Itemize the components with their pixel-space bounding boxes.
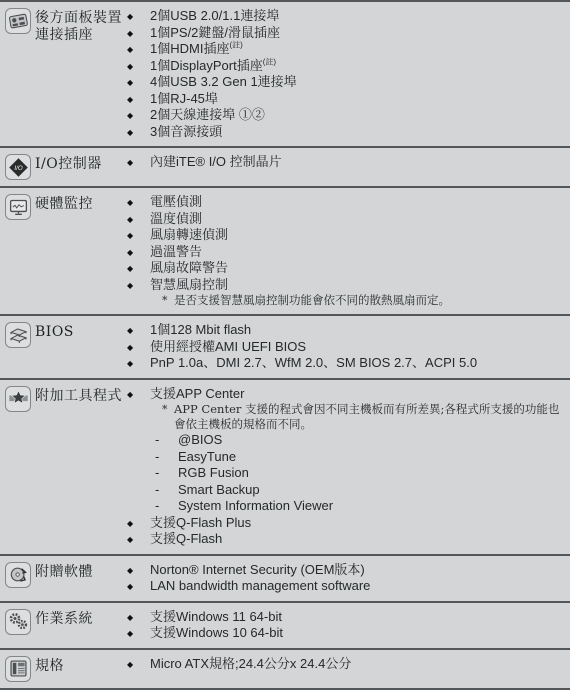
spec-item: ◆風扇轉速偵測	[122, 227, 570, 244]
footnote-superscript: (註)	[229, 41, 242, 50]
bundled-software-icon	[5, 562, 31, 588]
bullet-diamond-icon: ◆	[127, 516, 150, 533]
spec-item-text: 2個天線連接埠 ①②	[150, 107, 570, 124]
section-label: 後方面板裝置連接插座	[35, 6, 122, 44]
bullet-diamond-icon: ◆	[127, 59, 150, 76]
spec-item-text: 電壓偵測	[150, 194, 570, 211]
section-label: I/O控制器	[35, 152, 102, 173]
spec-item: ◆使用經授權AMI UEFI BIOS	[122, 339, 570, 356]
spec-subitem: -RGB Fusion	[155, 465, 570, 482]
section-header-cell: I/OI/O控制器	[0, 152, 122, 180]
spec-item-text: 4個USB 3.2 Gen 1連接埠	[150, 74, 570, 91]
rear-panel-ports-icon	[5, 8, 31, 34]
bullet-diamond-icon: ◆	[127, 532, 150, 549]
bullet-diamond-icon: ◆	[127, 278, 150, 295]
spec-item: ◆智慧風扇控制	[122, 277, 570, 294]
os-gears-icon	[5, 609, 31, 635]
section-header-cell: 後方面板裝置連接插座	[0, 6, 122, 140]
spec-item-text: LAN bandwidth management software	[150, 578, 570, 595]
spec-item-text: 1個PS/2鍵盤/滑鼠插座	[150, 25, 570, 42]
section-items: ◆電壓偵測◆溫度偵測◆風扇轉速偵測◆過溫警告◆風扇故障警告◆智慧風扇控制*是否支…	[122, 192, 570, 308]
spec-item-text: Norton® Internet Security (OEM版本)	[150, 562, 570, 579]
section-items: ◆支援APP Center*APP Center 支援的程式會因不同主機板而有所…	[122, 384, 570, 548]
spec-item: ◆Norton® Internet Security (OEM版本)	[122, 562, 570, 579]
spec-item-text: Micro ATX規格;24.4公分x 24.4公分	[150, 656, 570, 673]
spec-item-text: 2個USB 2.0/1.1連接埠	[150, 8, 570, 25]
spec-item-text: 1個RJ-45埠	[150, 91, 570, 108]
spec-item: ◆支援APP Center	[122, 386, 570, 403]
section-header-cell: 規格	[0, 654, 122, 682]
spec-subitem-text: System Information Viewer	[178, 498, 570, 515]
spec-item: ◆1個PS/2鍵盤/滑鼠插座	[122, 25, 570, 42]
dash-marker: -	[155, 449, 178, 466]
spec-item-text-main: 4個USB 3.2 Gen 1連接埠	[150, 74, 297, 89]
spec-item-text-main: 1個HDMI插座	[150, 41, 229, 56]
bullet-diamond-icon: ◆	[127, 26, 150, 43]
spec-row: 硬體監控◆電壓偵測◆溫度偵測◆風扇轉速偵測◆過溫警告◆風扇故障警告◆智慧風扇控制…	[0, 186, 570, 314]
section-label: 附贈軟體	[35, 560, 93, 581]
spec-item-text-main: 2個USB 2.0/1.1連接埠	[150, 8, 279, 23]
spec-item: ◆2個天線連接埠 ①②	[122, 107, 570, 124]
spec-item: ◆2個USB 2.0/1.1連接埠	[122, 8, 570, 25]
spec-item-text-main: 2個天線連接埠 ①②	[150, 107, 265, 122]
spec-item: ◆支援Windows 11 64-bit	[122, 609, 570, 626]
spec-row: 附贈軟體◆Norton® Internet Security (OEM版本)◆L…	[0, 554, 570, 601]
spec-item-text: 1個DisplayPort插座(註)	[150, 58, 570, 75]
section-label: 規格	[35, 654, 64, 675]
spec-row: I/OI/O控制器◆內建iTE® I/O 控制晶片	[0, 146, 570, 186]
bullet-diamond-icon: ◆	[127, 261, 150, 278]
spec-item: ◆過溫警告	[122, 244, 570, 261]
spec-subitem: -System Information Viewer	[155, 498, 570, 515]
spec-item: ◆1個HDMI插座(註)	[122, 41, 570, 58]
spec-row: 附加工具程式◆支援APP Center*APP Center 支援的程式會因不同…	[0, 378, 570, 554]
spec-note-text: APP Center 支援的程式會因不同主機板而有所差異;各程式所支援的功能也會…	[174, 402, 570, 432]
spec-item-text: 支援Q-Flash	[150, 531, 570, 548]
spec-item-text-main: 支援Q-Flash Plus	[150, 515, 251, 530]
section-items: ◆內建iTE® I/O 控制晶片	[122, 152, 570, 180]
spec-subitem: -Smart Backup	[155, 482, 570, 499]
spec-item-text: 溫度偵測	[150, 211, 570, 228]
bullet-diamond-icon: ◆	[127, 657, 150, 674]
spec-item-text: 支援Q-Flash Plus	[150, 515, 570, 532]
spec-subitem: -EasyTune	[155, 449, 570, 466]
bullet-diamond-icon: ◆	[127, 323, 150, 340]
asterisk-marker: *	[162, 402, 174, 432]
bullet-diamond-icon: ◆	[127, 340, 150, 357]
bullet-diamond-icon: ◆	[127, 155, 150, 172]
spec-item-text-main: 智慧風扇控制	[150, 277, 228, 292]
spec-item-text-main: 內建iTE® I/O 控制晶片	[150, 154, 282, 169]
spec-item-text: 支援Windows 11 64-bit	[150, 609, 570, 626]
spec-item-text-main: 風扇故障警告	[150, 260, 228, 275]
bios-chips-icon	[5, 322, 31, 348]
spec-item: ◆風扇故障警告	[122, 260, 570, 277]
asterisk-marker: *	[162, 293, 174, 308]
spec-item-text-main: 支援Windows 10 64-bit	[150, 625, 283, 640]
spec-subitem-text: Smart Backup	[178, 482, 570, 499]
spec-item-text: 支援Windows 10 64-bit	[150, 625, 570, 642]
spec-item-text-main: LAN bandwidth management software	[150, 578, 370, 593]
bullet-diamond-icon: ◆	[127, 356, 150, 373]
spec-item-text-main: 溫度偵測	[150, 211, 202, 226]
spec-item-text: 1個HDMI插座(註)	[150, 41, 570, 58]
utilities-star-icon	[5, 386, 31, 412]
bullet-diamond-icon: ◆	[127, 75, 150, 92]
spec-item: ◆支援Q-Flash	[122, 531, 570, 548]
svg-text:I/O: I/O	[14, 164, 22, 171]
bullet-diamond-icon: ◆	[127, 92, 150, 109]
section-label: BIOS	[35, 320, 74, 341]
spec-subitem-text: @BIOS	[178, 432, 570, 449]
bullet-diamond-icon: ◆	[127, 195, 150, 212]
spec-item-text-main: 1個PS/2鍵盤/滑鼠插座	[150, 25, 280, 40]
spec-item: ◆1個DisplayPort插座(註)	[122, 58, 570, 75]
spec-item-text: 風扇轉速偵測	[150, 227, 570, 244]
spec-subitem-text: RGB Fusion	[178, 465, 570, 482]
bullet-diamond-icon: ◆	[127, 626, 150, 643]
spec-note: *APP Center 支援的程式會因不同主機板而有所差異;各程式所支援的功能也…	[162, 402, 570, 432]
spec-item-text-main: Micro ATX規格;24.4公分x 24.4公分	[150, 656, 351, 671]
section-label: 附加工具程式	[35, 384, 122, 405]
spec-item-text-main: 過溫警告	[150, 244, 202, 259]
spec-subitem: -@BIOS	[155, 432, 570, 449]
spec-row: BIOS◆1個128 Mbit flash◆使用經授權AMI UEFI BIOS…	[0, 314, 570, 378]
bullet-diamond-icon: ◆	[127, 108, 150, 125]
spec-item: ◆支援Q-Flash Plus	[122, 515, 570, 532]
spec-item: ◆3個音源接頭	[122, 124, 570, 141]
dash-marker: -	[155, 432, 178, 449]
spec-item-text-main: 電壓偵測	[150, 194, 202, 209]
io-controller-icon: I/O	[5, 154, 31, 180]
dash-marker: -	[155, 482, 178, 499]
section-label: 硬體監控	[35, 192, 93, 213]
section-items: ◆2個USB 2.0/1.1連接埠◆1個PS/2鍵盤/滑鼠插座◆1個HDMI插座…	[122, 6, 570, 140]
footnote-superscript: (註)	[263, 57, 276, 66]
spec-item-text-main: 支援APP Center	[150, 386, 244, 401]
section-header-cell: BIOS	[0, 320, 122, 372]
bullet-diamond-icon: ◆	[127, 9, 150, 26]
spec-item-text-main: 1個RJ-45埠	[150, 91, 218, 106]
dash-marker: -	[155, 498, 178, 515]
spec-item-text-main: Norton® Internet Security (OEM版本)	[150, 562, 365, 577]
spec-item: ◆1個RJ-45埠	[122, 91, 570, 108]
section-header-cell: 作業系統	[0, 607, 122, 642]
spec-item: ◆1個128 Mbit flash	[122, 322, 570, 339]
spec-item-text: 過溫警告	[150, 244, 570, 261]
bullet-diamond-icon: ◆	[127, 387, 150, 404]
spec-item-text-main: 1個DisplayPort插座	[150, 58, 263, 73]
spec-item-text-main: 支援Windows 11 64-bit	[150, 609, 282, 624]
section-items: ◆支援Windows 11 64-bit◆支援Windows 10 64-bit	[122, 607, 570, 642]
spec-item-text-main: PnP 1.0a、DMI 2.7、WfM 2.0、SM BIOS 2.7、ACP…	[150, 355, 477, 370]
spec-item: ◆LAN bandwidth management software	[122, 578, 570, 595]
section-header-cell: 硬體監控	[0, 192, 122, 308]
spec-item: ◆內建iTE® I/O 控制晶片	[122, 154, 570, 171]
bullet-diamond-icon: ◆	[127, 125, 150, 142]
spec-row: 後方面板裝置連接插座◆2個USB 2.0/1.1連接埠◆1個PS/2鍵盤/滑鼠插…	[0, 0, 570, 146]
spec-item-text: 智慧風扇控制	[150, 277, 570, 294]
hardware-monitor-icon	[5, 194, 31, 220]
spec-item-text: 使用經授權AMI UEFI BIOS	[150, 339, 570, 356]
dash-marker: -	[155, 465, 178, 482]
bullet-diamond-icon: ◆	[127, 563, 150, 580]
spec-item-text: 1個128 Mbit flash	[150, 322, 570, 339]
spec-item-text-main: 風扇轉速偵測	[150, 227, 228, 242]
spec-item: ◆PnP 1.0a、DMI 2.7、WfM 2.0、SM BIOS 2.7、AC…	[122, 355, 570, 372]
section-header-cell: 附加工具程式	[0, 384, 122, 548]
spec-item-text-main: 使用經授權AMI UEFI BIOS	[150, 339, 306, 354]
spec-item: ◆溫度偵測	[122, 211, 570, 228]
spec-table: 後方面板裝置連接插座◆2個USB 2.0/1.1連接埠◆1個PS/2鍵盤/滑鼠插…	[0, 0, 570, 690]
spec-item-text: 內建iTE® I/O 控制晶片	[150, 154, 570, 171]
bullet-diamond-icon: ◆	[127, 610, 150, 627]
spec-item-text: PnP 1.0a、DMI 2.7、WfM 2.0、SM BIOS 2.7、ACP…	[150, 355, 570, 372]
section-items: ◆Micro ATX規格;24.4公分x 24.4公分	[122, 654, 570, 682]
spec-item: ◆Micro ATX規格;24.4公分x 24.4公分	[122, 656, 570, 673]
spec-item: ◆電壓偵測	[122, 194, 570, 211]
spec-item-text-main: 支援Q-Flash	[150, 531, 222, 546]
bullet-diamond-icon: ◆	[127, 245, 150, 262]
spec-note-text: 是否支援智慧風扇控制功能會依不同的散熱風扇而定。	[174, 293, 570, 308]
section-label: 作業系統	[35, 607, 93, 628]
spec-note: *是否支援智慧風扇控制功能會依不同的散熱風扇而定。	[162, 293, 570, 308]
spec-item: ◆4個USB 3.2 Gen 1連接埠	[122, 74, 570, 91]
spec-item-text-main: 1個128 Mbit flash	[150, 322, 251, 337]
bullet-diamond-icon: ◆	[127, 212, 150, 229]
spec-item-text: 3個音源接頭	[150, 124, 570, 141]
spec-item: ◆支援Windows 10 64-bit	[122, 625, 570, 642]
spec-item-text: 風扇故障警告	[150, 260, 570, 277]
section-items: ◆Norton® Internet Security (OEM版本)◆LAN b…	[122, 560, 570, 595]
bullet-diamond-icon: ◆	[127, 579, 150, 596]
spec-subitem-text: EasyTune	[178, 449, 570, 466]
spec-item-text: 支援APP Center	[150, 386, 570, 403]
section-header-cell: 附贈軟體	[0, 560, 122, 595]
section-items: ◆1個128 Mbit flash◆使用經授權AMI UEFI BIOS◆PnP…	[122, 320, 570, 372]
bullet-diamond-icon: ◆	[127, 42, 150, 59]
bullet-diamond-icon: ◆	[127, 228, 150, 245]
spec-item-text-main: 3個音源接頭	[150, 124, 222, 139]
spec-row: 作業系統◆支援Windows 11 64-bit◆支援Windows 10 64…	[0, 601, 570, 648]
form-factor-board-icon	[5, 656, 31, 682]
